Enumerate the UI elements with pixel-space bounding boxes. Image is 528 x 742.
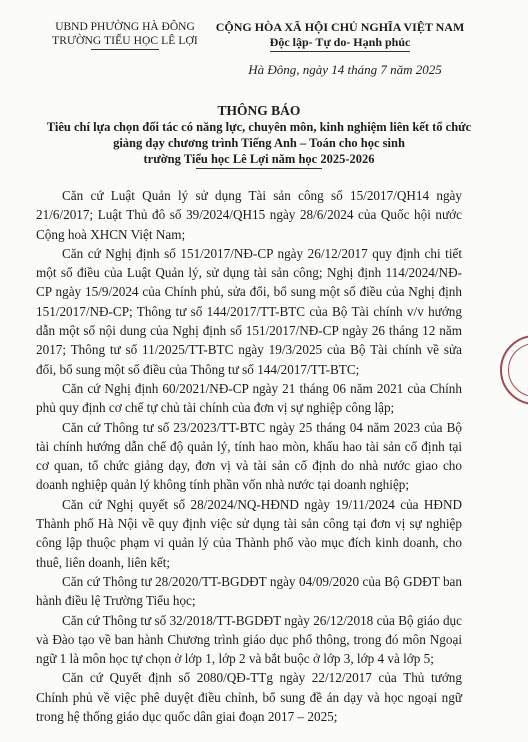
paragraph: Căn cứ Thông tư số 32/2018/TT-BGDĐT ngày… bbox=[36, 611, 462, 669]
document-header: UBND PHƯỜNG HÀ ĐÔNG TRƯỜNG TIỂU HỌC LÊ L… bbox=[0, 0, 528, 90]
national-motto: Độc lập- Tự do- Hạnh phúc bbox=[270, 35, 411, 52]
school-name: TRƯỜNG TIỂU HỌC LÊ LỢI bbox=[40, 34, 210, 48]
document-date: Hà Đông, ngày 14 tháng 7 năm 2025 bbox=[230, 62, 460, 78]
issuing-authority: UBND PHƯỜNG HÀ ĐÔNG TRƯỜNG TIỂU HỌC LÊ L… bbox=[40, 20, 210, 50]
paragraph: Căn cứ Thông tư số 23/2023/TT-BTC ngày 2… bbox=[36, 418, 462, 495]
nation-name: CỘNG HÒA XÃ HỘI CHỦ NGHĨA VIỆT NAM bbox=[215, 20, 465, 35]
title-main: THÔNG BÁO bbox=[20, 102, 498, 119]
document-title: THÔNG BÁO Tiêu chí lựa chọn đối tác có n… bbox=[20, 102, 498, 169]
official-stamp bbox=[500, 335, 528, 405]
divider bbox=[196, 168, 322, 169]
paragraph: Căn cứ Quyết định số 2080/QĐ-TTg ngày 22… bbox=[36, 668, 462, 726]
title-line-2: giảng dạy chương trình Tiếng Anh – Toán … bbox=[20, 135, 498, 151]
divider bbox=[91, 49, 159, 50]
paragraph: Căn cứ Nghị quyết số 28/2024/NQ-HĐND ngà… bbox=[36, 495, 462, 572]
title-line-3: trường Tiểu học Lê Lợi năm học 2025-2026 bbox=[20, 151, 498, 167]
paragraph: Căn cứ Thông tư 28/2020/TT-BGDĐT ngày 04… bbox=[36, 572, 462, 611]
document-body: Căn cứ Luật Quản lý sử dụng Tài sản công… bbox=[36, 186, 462, 726]
paragraph: Căn cứ Luật Quản lý sử dụng Tài sản công… bbox=[36, 186, 462, 244]
paragraph: Căn cứ Nghị định 60/2021/NĐ-CP ngày 21 t… bbox=[36, 379, 462, 418]
national-heading: CỘNG HÒA XÃ HỘI CHỦ NGHĨA VIỆT NAM Độc l… bbox=[215, 20, 465, 52]
title-line-1: Tiêu chí lựa chọn đối tác có năng lực, c… bbox=[20, 119, 498, 135]
authority-name: UBND PHƯỜNG HÀ ĐÔNG bbox=[40, 20, 210, 34]
paragraph: Căn cứ Nghị định số 151/2017/NĐ-CP ngày … bbox=[36, 244, 462, 379]
